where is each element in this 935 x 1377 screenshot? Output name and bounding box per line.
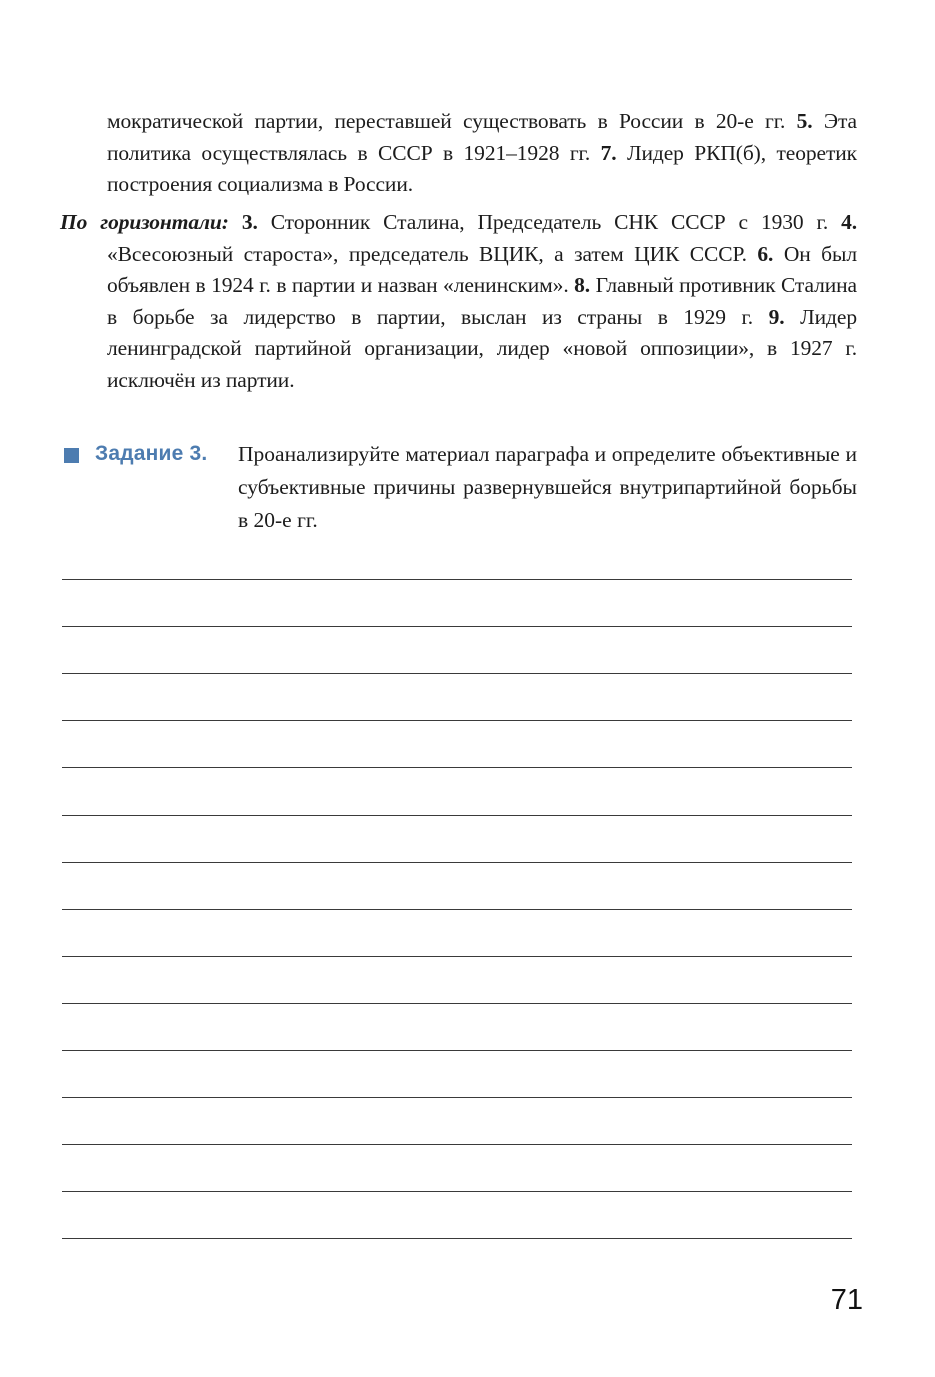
vertical-clues-continued: мократической партии, переставшей сущест… [107, 106, 857, 201]
answer-line[interactable] [62, 673, 852, 674]
horizontal-label: По горизонтали: [60, 210, 229, 234]
answer-line[interactable] [62, 1050, 852, 1051]
task-label: Задание 3. [95, 438, 207, 470]
clue-number-8: 8. [574, 273, 590, 297]
task-3: Задание 3. Проанализируйте материал пара… [62, 438, 857, 538]
horizontal-clues-block: По горизонтали: 3. Сторонник Сталина, Пр… [60, 207, 857, 396]
answer-line[interactable] [62, 956, 852, 957]
square-bullet-icon [64, 448, 79, 463]
clue-number-7: 7. [601, 141, 617, 165]
clue-number-9: 9. [769, 305, 785, 329]
clue-number-3: 3. [242, 210, 258, 234]
task-instruction: Проанализируйте материал параграфа и опр… [238, 438, 857, 537]
clue-text-4: «Всесоюзный староста», председатель ВЦИК… [107, 242, 757, 266]
answer-line[interactable] [62, 1144, 852, 1145]
answer-line[interactable] [62, 815, 852, 816]
answer-line[interactable] [62, 720, 852, 721]
answer-line[interactable] [62, 579, 852, 580]
answer-line[interactable] [62, 1191, 852, 1192]
clue-text-3: Сторонник Сталина, Председатель СНК СССР… [258, 210, 841, 234]
page-number: 71 [831, 1283, 863, 1317]
answer-line[interactable] [62, 862, 852, 863]
answer-line[interactable] [62, 1097, 852, 1098]
clue-number-5: 5. [797, 109, 813, 133]
clue-number-6: 6. [757, 242, 773, 266]
answer-line[interactable] [62, 1238, 852, 1239]
clue-text-continuation: мократической партии, переставшей сущест… [107, 109, 785, 133]
answer-line[interactable] [62, 909, 852, 910]
answer-line[interactable] [62, 626, 852, 627]
clue-number-4: 4. [841, 210, 857, 234]
answer-line[interactable] [62, 1003, 852, 1004]
horizontal-clues: По горизонтали: 3. Сторонник Сталина, Пр… [60, 207, 857, 396]
answer-line[interactable] [62, 767, 852, 768]
